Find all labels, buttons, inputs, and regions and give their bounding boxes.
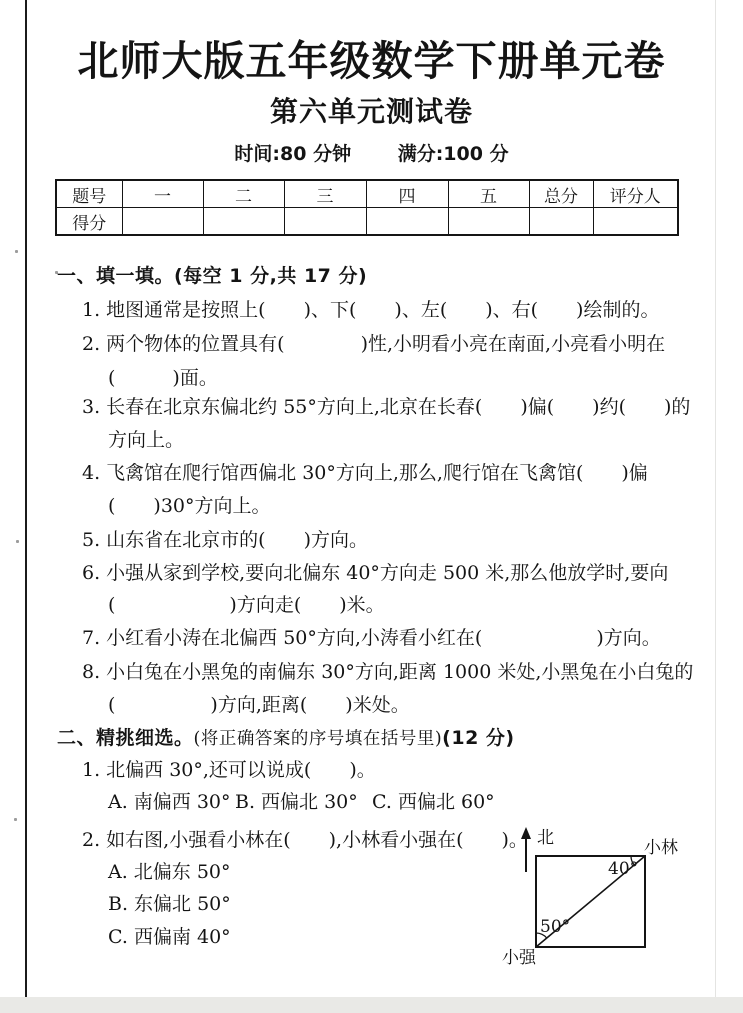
score-table-header-row: 题号 一 二 三 四 五 总分 评分人 [56, 180, 678, 208]
th-part-4: 四 [366, 180, 448, 208]
s1-q3-line2: 方向上。 [108, 429, 184, 451]
s1-q8-line1: 8. 小白兔在小黑兔的南偏东 30°方向,距离 1000 米处,小黑兔在小白兔的 [82, 661, 693, 683]
north-arrow-head [521, 827, 531, 839]
s1-q3-line1: 3. 长春在北京东偏北约 55°方向上,北京在长春( )偏( )约( )的 [82, 396, 690, 418]
exam-full-score: 满分:100 分 [398, 143, 509, 165]
s1-q1-line: 1. 地图通常是按照上( )、下( )、左( )、右( )绘制的。 [82, 299, 659, 321]
s1-q7-line: 7. 小红看小涛在北偏西 50°方向,小涛看小红在( )方向。 [82, 627, 661, 649]
exam-time: 时间:80 分钟 [234, 143, 351, 165]
th-question-no: 题号 [56, 180, 122, 208]
test-paper-page: 北师大版五年级数学下册单元卷 第六单元测试卷 时间:80 分钟 满分:100 分… [0, 0, 743, 1013]
score-table: 题号 一 二 三 四 五 总分 评分人 得分 [55, 179, 679, 236]
section2-heading-main: 二、精挑细选。 [57, 727, 194, 749]
angle-lower-label: 50° [540, 917, 570, 937]
north-label: 北 [537, 828, 554, 848]
score-row-label: 得分 [56, 208, 122, 236]
th-part-3: 三 [284, 180, 366, 208]
s2-q2-line: 2. 如右图,小强看小林在( ),小林看小强在( )。 [82, 829, 528, 851]
th-total: 总分 [529, 180, 593, 208]
s2-q2-option-a: A. 北偏东 50° [108, 861, 231, 883]
score-cell [529, 208, 593, 236]
score-cell [448, 208, 529, 236]
direction-diagram: 北 40° 50° 小林 小强 [495, 822, 705, 972]
s1-q6-line1: 6. 小强从家到学校,要向北偏东 40°方向走 500 米,那么他放学时,要向 [82, 562, 668, 584]
section1-heading: 一、填一填。(每空 1 分,共 17 分) [57, 265, 367, 287]
s1-q2-line1: 2. 两个物体的位置具有( )性,小明看小亮在南面,小亮看小明在 [82, 333, 665, 355]
person-upper-label: 小林 [644, 838, 678, 858]
th-part-1: 一 [122, 180, 203, 208]
s2-q1-option-b: B. 西偏北 30° [235, 791, 358, 813]
s1-q6-line2: ( )方向走( )米。 [108, 594, 385, 616]
s1-q2-line2: ( )面。 [108, 367, 218, 389]
page-bottom-edge [0, 997, 743, 1013]
s1-q8-line2: ( )方向,距离( )米处。 [108, 694, 410, 716]
th-part-2: 二 [203, 180, 284, 208]
scan-speck [16, 540, 19, 543]
score-cell [593, 208, 678, 236]
scan-speck [14, 818, 17, 821]
th-grader: 评分人 [593, 180, 678, 208]
angle-upper-label: 40° [608, 859, 638, 879]
score-cell [203, 208, 284, 236]
s2-q2-option-b: B. 东偏北 50° [108, 893, 231, 915]
s1-q4-line1: 4. 飞禽馆在爬行馆西偏北 30°方向上,那么,爬行馆在飞禽馆( )偏 [82, 462, 648, 484]
section2-heading-score: (12 分) [442, 727, 514, 749]
exam-info-line: 时间:80 分钟 满分:100 分 [0, 139, 743, 166]
s2-q1-line: 1. 北偏西 30°,还可以说成( )。 [82, 759, 376, 781]
s2-q1-option-c: C. 西偏北 60° [372, 791, 495, 813]
person-lower-label: 小强 [502, 948, 537, 968]
s2-q2-option-c: C. 西偏南 40° [108, 926, 231, 948]
s2-q1-option-a: A. 南偏西 30° [108, 791, 231, 813]
section2-heading: 二、精挑细选。(将正确答案的序号填在括号里)(12 分) [57, 727, 515, 750]
section2-heading-note: (将正确答案的序号填在括号里) [194, 729, 443, 749]
th-part-5: 五 [448, 180, 529, 208]
s1-q5-line: 5. 山东省在北京市的( )方向。 [82, 529, 368, 551]
paper-title: 北师大版五年级数学下册单元卷 [0, 28, 743, 87]
s1-q4-line2: ( )30°方向上。 [108, 495, 271, 517]
score-cell [284, 208, 366, 236]
score-table-score-row: 得分 [56, 208, 678, 236]
score-cell [122, 208, 203, 236]
score-cell [366, 208, 448, 236]
scan-speck [15, 250, 18, 253]
paper-subtitle: 第六单元测试卷 [0, 90, 743, 130]
